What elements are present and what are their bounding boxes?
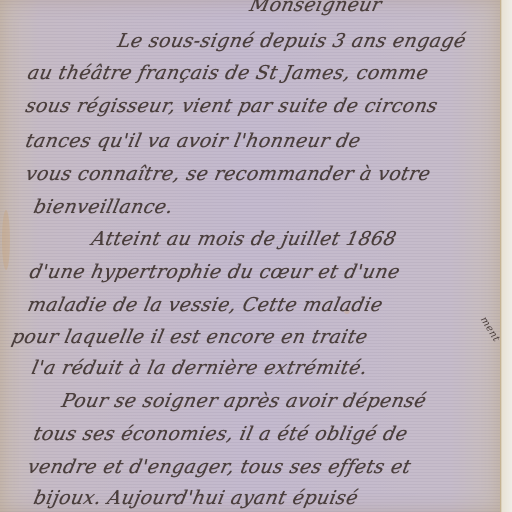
page-edge [500, 0, 512, 512]
letter-line: au théâtre français de St James, comme [26, 62, 431, 84]
letter-line: Pour se soigner après avoir dépensé [60, 390, 429, 412]
letter-line: bienveillance. [32, 196, 176, 218]
letter-line: bijoux. Aujourd'hui ayant épuisé [32, 487, 361, 509]
letter-line: sous régisseur, vient par suite de circo… [24, 95, 440, 117]
letter-line: maladie de la vessie, Cette maladie [26, 294, 385, 316]
letter-line: Atteint au mois de juillet 1868 [90, 228, 399, 250]
letter-line: tances qu'il va avoir l'honneur de [24, 130, 363, 152]
letter-line: tous ses économies, il a été obligé de [32, 423, 410, 445]
letter-line: pour laquelle il est encore en traite [10, 326, 370, 348]
handwritten-text: Monseigneur Le sous-signé depuis 3 ans e… [0, 0, 500, 512]
letter-line: l'a réduit à la dernière extrémité. [30, 357, 370, 379]
letter-line: d'une hypertrophie du cœur et d'une [28, 261, 402, 283]
letter-line: vendre et d'engager, tous ses effets et [26, 456, 414, 478]
letter-line: Le sous-signé depuis 3 ans engagé [116, 30, 468, 52]
margin-note: ment [478, 315, 502, 344]
salutation: Monseigneur [248, 0, 384, 16]
letter-line: vous connaître, se recommander à votre [24, 163, 433, 185]
